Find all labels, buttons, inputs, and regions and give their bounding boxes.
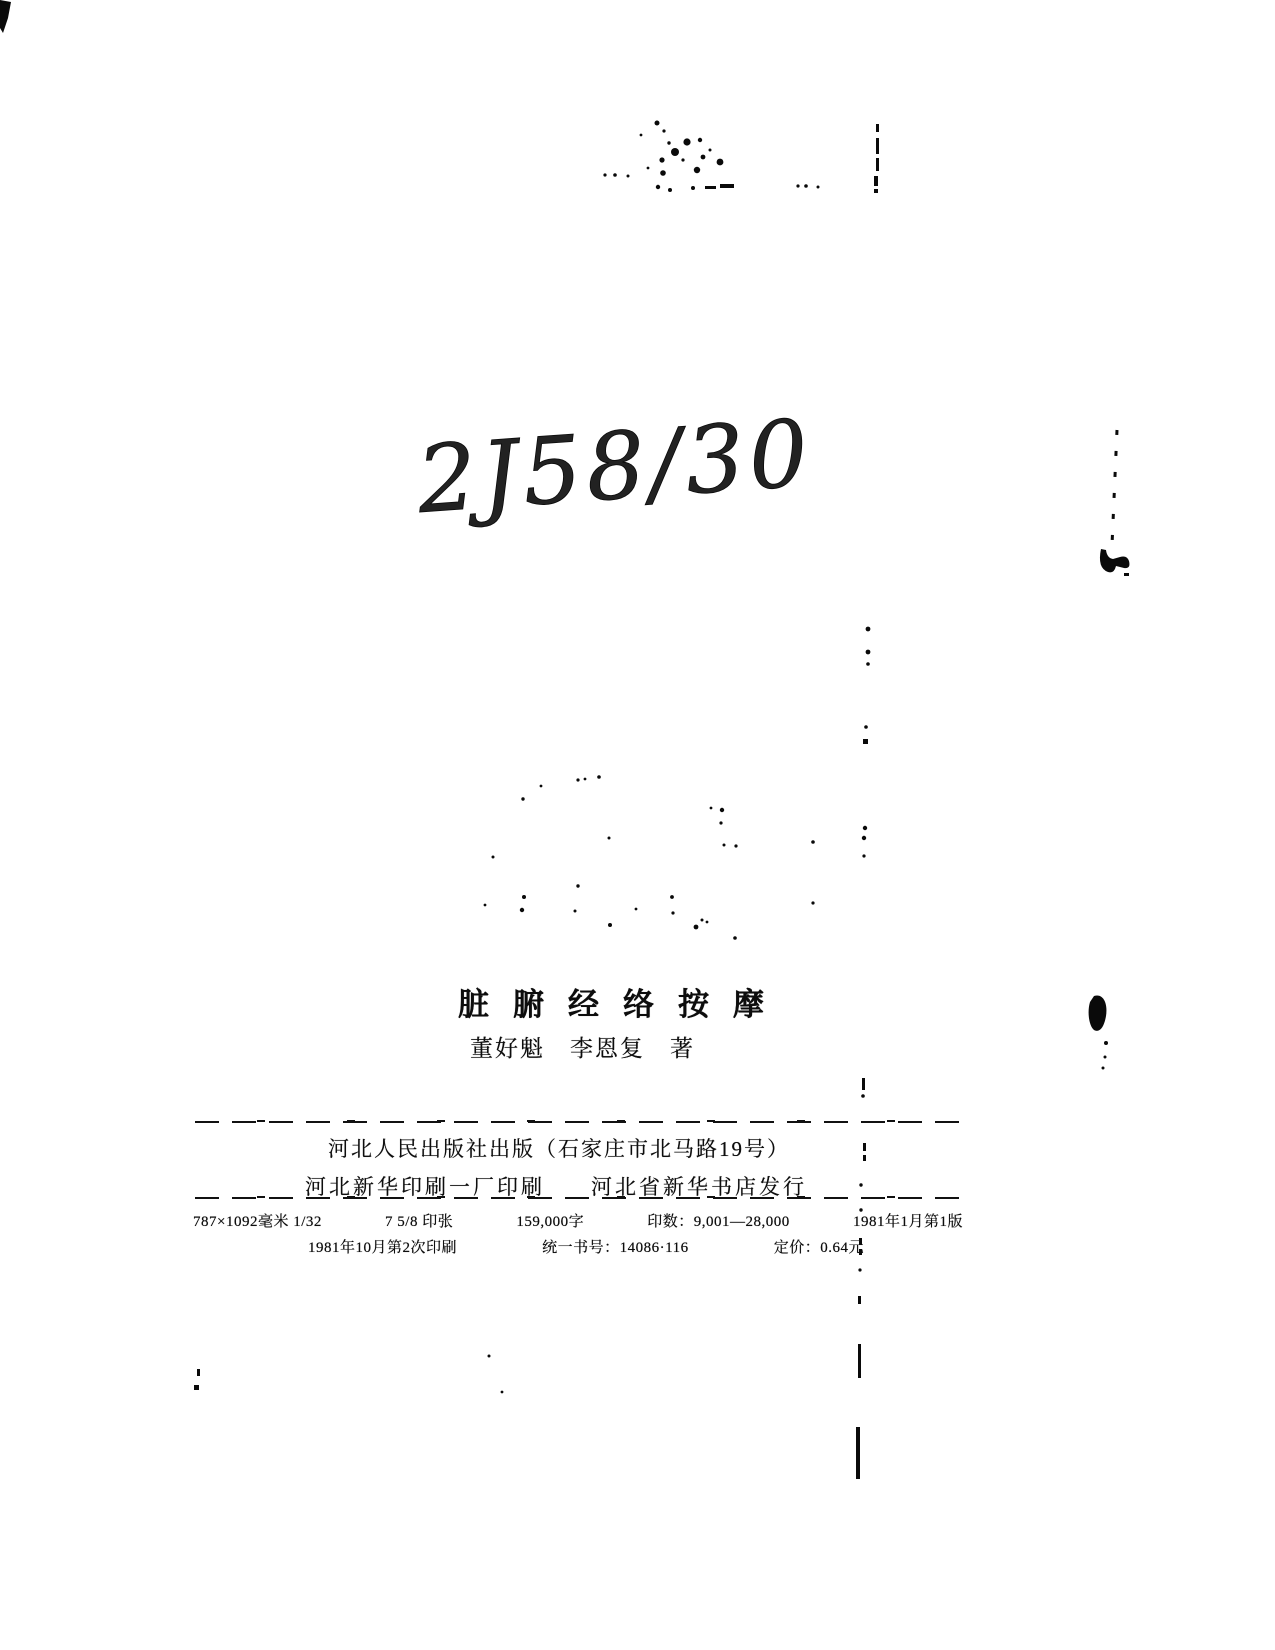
price: 定价：0.64元 [774,1236,864,1257]
faint-smudge-speckles [484,775,738,940]
author-byline: 董好魁 李恩复 著 [470,1030,695,1063]
scanned-book-colophon-page: 2J58/30 脏腑经络按摩 董好魁 李恩复 著 河北人民出版社出版（石家庄市北… [0,0,1275,1650]
scan-artifact-layer: 2J58/30 [0,0,1275,1650]
sheet-format: 787×1092毫米 1/32 [193,1210,322,1231]
handwritten-call-number: 2J58/30 [413,400,816,534]
book-title: 脏腑经络按摩 [458,979,788,1024]
publisher-line: 河北人民出版社出版（石家庄市北马路19号） [328,1133,790,1163]
dashed-rule-bottom [195,1196,965,1199]
stamp-smudge [603,121,734,193]
stray-specks [194,1355,503,1394]
colophon-row-printing: 1981年10月第2次印刷 统一书号：14086·116 定价：0.64元 [308,1236,864,1257]
print-run: 印数：9,001—28,000 [647,1210,790,1231]
unified-book-number: 统一书号：14086·116 [542,1236,688,1257]
dashed-rule-top [195,1120,965,1123]
colophon-row-format: 787×1092毫米 1/32 7 5/8 印张 159,000字 印数：9,0… [193,1210,963,1231]
margin-ink-hook [1100,430,1130,576]
teardrop-ink-blob [1089,995,1108,1069]
printed-sheets: 7 5/8 印张 [385,1210,453,1231]
word-count: 159,000字 [516,1210,584,1231]
edition-statement: 1981年1月第1版 [853,1210,963,1231]
printing-statement: 1981年10月第2次印刷 [308,1236,457,1257]
scan-fold-line [796,124,879,1479]
page-edge-ink-blot [0,0,11,33]
